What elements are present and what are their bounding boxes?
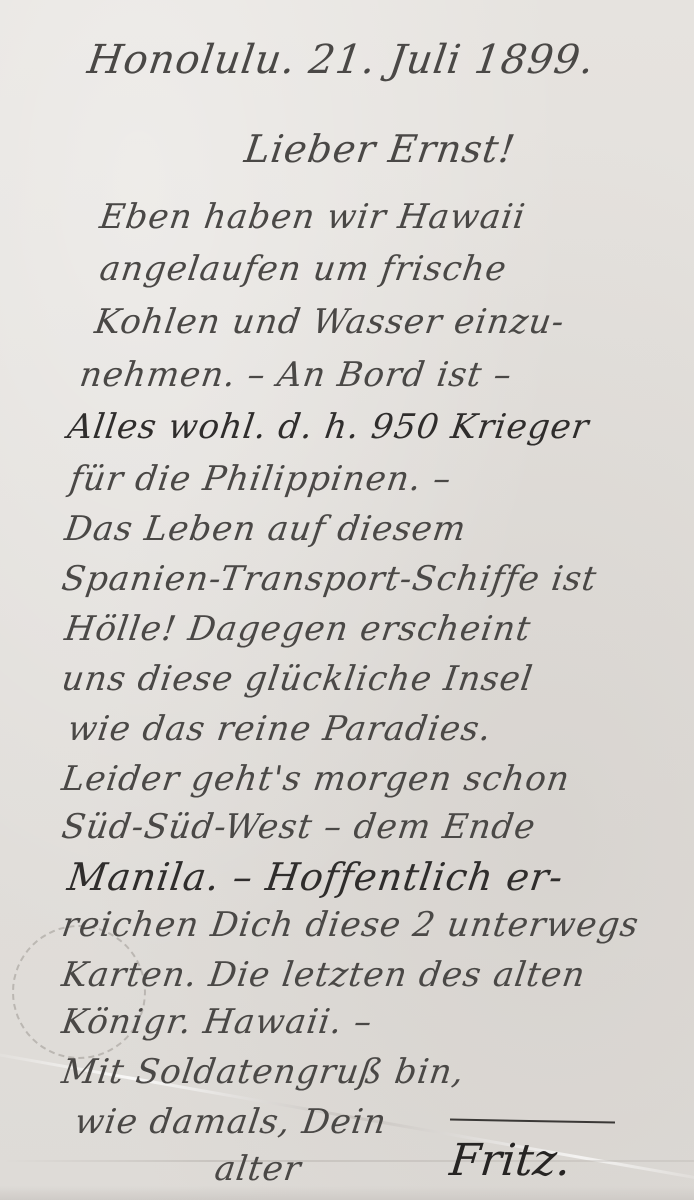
body-line: Hölle! Dagegen erscheint bbox=[63, 612, 534, 646]
salutation: Lieber Ernst! bbox=[242, 130, 518, 168]
closing-line: wie damals, Dein bbox=[73, 1105, 389, 1139]
signature-underline bbox=[450, 1119, 615, 1124]
closing-line: Mit Soldatengruß bin, bbox=[60, 1055, 467, 1089]
body-line: Karten. Die letzten des alten bbox=[60, 958, 588, 992]
letter-paper: Honolulu. 21. Juli 1899. Lieber Ernst! E… bbox=[0, 0, 694, 1200]
dateline: Honolulu. 21. Juli 1899. bbox=[85, 40, 597, 80]
body-line: uns diese glückliche Insel bbox=[60, 662, 536, 696]
body-line: wie das reine Paradies. bbox=[66, 712, 494, 746]
body-line: Alles wohl. d. h. 950 Krieger bbox=[66, 410, 592, 444]
body-line: Leider geht's morgen schon bbox=[60, 762, 573, 796]
body-line: Königr. Hawaii. – bbox=[60, 1005, 375, 1039]
closing-prefix: alter bbox=[213, 1152, 304, 1186]
body-line: nehmen. – An Bord ist – bbox=[78, 358, 515, 392]
body-line: angelaufen um frische bbox=[98, 252, 509, 286]
body-line: Spanien-Transport-Schiffe ist bbox=[60, 562, 600, 596]
signature: Fritz. bbox=[447, 1135, 573, 1186]
letter-text: Honolulu. 21. Juli 1899. Lieber Ernst! E… bbox=[0, 0, 694, 1200]
body-line: reichen Dich diese 2 unterwegs bbox=[60, 908, 642, 942]
body-line: für die Philippinen. – bbox=[68, 462, 454, 496]
body-line: Manila. – Hoffentlich er- bbox=[65, 858, 566, 896]
body-line: Kohlen und Wasser einzu- bbox=[93, 305, 567, 339]
body-line: Süd-Süd-West – dem Ende bbox=[60, 810, 538, 844]
body-line: Eben haben wir Hawaii bbox=[98, 200, 528, 234]
body-line: Das Leben auf diesem bbox=[63, 512, 469, 546]
